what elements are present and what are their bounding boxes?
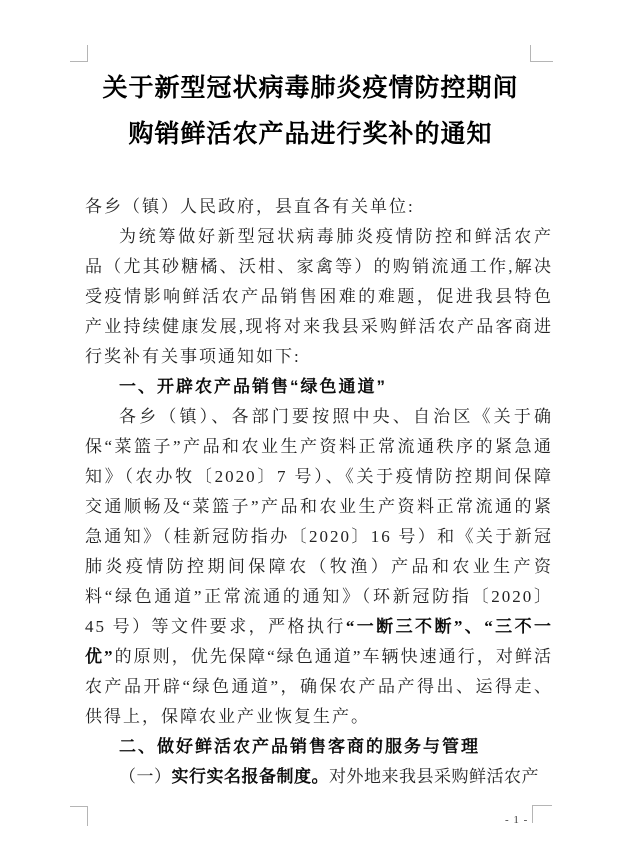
- text-run-kai-bold: 实行实名报备制度。: [172, 767, 330, 786]
- text-run-heading: 二、做好鲜活农产品销售客商的服务与管理: [119, 737, 480, 756]
- document-body: 各乡（镇）人民政府，县直各有关单位:为统筹做好新型冠状病毒肺炎疫情防控和鲜活农产…: [85, 192, 553, 792]
- text-boundary-mark-top-left: [70, 45, 88, 62]
- text-boundary-mark-bottom-left: [70, 806, 88, 826]
- section-1-paragraph: 各乡（镇）、各部门要按照中央、自治区《关于确保“菜篮子”产品和农业生产资料正常流…: [85, 402, 553, 732]
- text-run-normal: 的原则，优先保障“绿色通道”车辆快速通行，对鲜活农产品开辟“绿色通道”，确保农产…: [85, 647, 553, 726]
- salutation: 各乡（镇）人民政府，县直各有关单位:: [85, 192, 553, 222]
- page-number: - 1 -: [505, 814, 528, 826]
- section-heading-2: 二、做好鲜活农产品销售客商的服务与管理: [85, 732, 553, 762]
- text-boundary-mark-top-right: [530, 45, 553, 62]
- document-title-line-2: 购销鲜活农产品进行奖补的通知: [0, 112, 621, 158]
- document-title-line-1: 关于新型冠状病毒肺炎疫情防控期间: [0, 66, 621, 112]
- text-run-normal: 为统筹做好新型冠状病毒肺炎疫情防控和鲜活农产品（尤其砂糖橘、沃柑、家禽等）的购销…: [85, 227, 553, 366]
- document-page: 关于新型冠状病毒肺炎疫情防控期间 购销鲜活农产品进行奖补的通知 各乡（镇）人民政…: [0, 0, 621, 864]
- text-run-heading: 一、开辟农产品销售“绿色通道”: [119, 377, 387, 396]
- text-boundary-mark-bottom-right: [532, 805, 552, 823]
- text-run-normal: （一）: [119, 767, 172, 786]
- text-run-normal: 各乡（镇）、各部门要按照中央、自治区《关于确保“菜篮子”产品和农业生产资料正常流…: [85, 407, 553, 636]
- document-title: 关于新型冠状病毒肺炎疫情防控期间 购销鲜活农产品进行奖补的通知: [0, 66, 621, 158]
- intro-paragraph: 为统筹做好新型冠状病毒肺炎疫情防控和鲜活农产品（尤其砂糖橘、沃柑、家禽等）的购销…: [85, 222, 553, 372]
- text-run-normal: 对外地来我县采购鲜活农产: [329, 767, 539, 786]
- text-run-normal: 各乡（镇）人民政府，县直各有关单位:: [85, 197, 415, 216]
- section-heading-1: 一、开辟农产品销售“绿色通道”: [85, 372, 553, 402]
- section-2-paragraph: （一）实行实名报备制度。对外地来我县采购鲜活农产: [85, 762, 553, 792]
